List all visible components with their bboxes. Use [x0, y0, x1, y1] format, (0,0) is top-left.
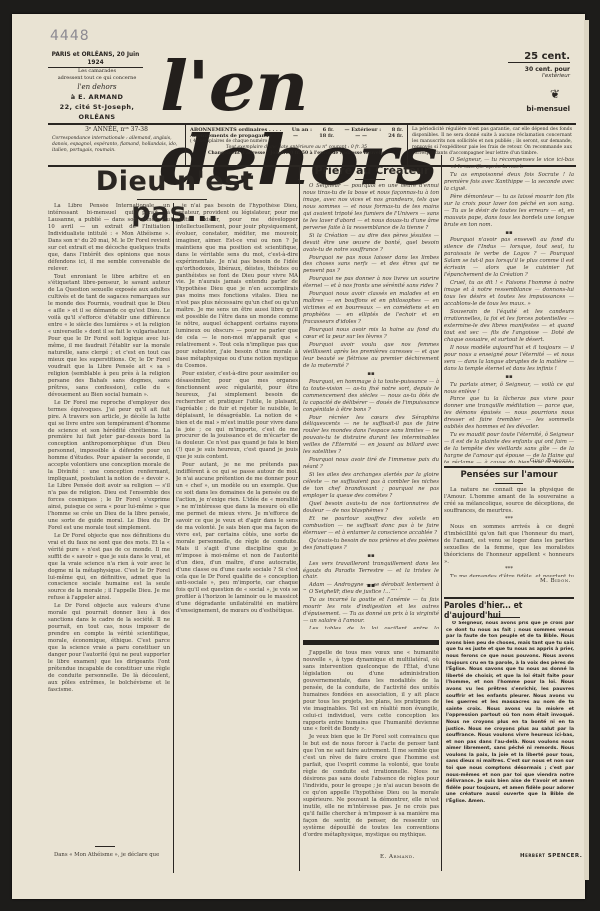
- paragraph: Ô Seigneur, — tu récompenses le vice ici…: [444, 157, 574, 171]
- separator-mark: ▪▪: [303, 371, 439, 378]
- column-divider: [441, 155, 442, 871]
- love-text: La nature ne connaît que la physique de …: [444, 487, 574, 577]
- paragraph: Cruel, tu as dit ! « Faisons l'homme à n…: [444, 280, 574, 308]
- subscription-ext-price: 24 fr.: [388, 133, 403, 139]
- humanity-article: J'appelle de tous mes vœux une « humanit…: [303, 650, 439, 855]
- love-headline: Pensées sur l'amour: [444, 470, 574, 480]
- paragraph: Père démonteur — tu as laissé mourir ton…: [444, 194, 574, 229]
- main-signature: E. Armand.: [380, 854, 415, 860]
- paragraph: Pourquoi nous avoir classés en malades e…: [303, 291, 439, 326]
- paragraph: Pour autant, je ne me prétends pas indif…: [176, 462, 298, 615]
- headline-rule: [137, 199, 207, 200]
- paragraph: Pour exister, c'est-à-dire pour assimile…: [176, 371, 298, 461]
- subscription-term: —: [293, 133, 298, 139]
- contact-line2: adressent tout ce qui concerne: [48, 75, 146, 82]
- paragraph: Pourquoi n'avoir pas enseveli au fond du…: [444, 237, 574, 279]
- paragraph: Dans « Mon Athéisme », je déclare que: [48, 852, 170, 859]
- words-headline: Paroles d'hier... et d'aujourd'hui: [444, 601, 574, 621]
- main-article-col1: La Libre Pensée Internationale, un intér…: [48, 203, 170, 863]
- address-change-note: Changement d'adresse : Joindre 0 fr. 50 …: [190, 151, 403, 157]
- price-box: 25 cent. 30 cent. pour l'extérieur ❦ bi-…: [508, 51, 570, 113]
- paragraph: Je veux bien que le Dr Forel soit convai…: [303, 734, 439, 838]
- prayer-headline: Prière au Créateur: [302, 164, 442, 177]
- paragraph: Quel besoin avais-tu de nos tortionnaire…: [303, 501, 439, 515]
- paragraph: Tu as empoisonné deux fois Socrate ! la …: [444, 172, 574, 193]
- separator-mark: ***: [444, 516, 574, 523]
- price-main: 25 cent.: [508, 51, 570, 63]
- paragraph: Si la Création — au dire des pères jésui…: [303, 233, 439, 254]
- separator-mark: ***: [444, 566, 574, 573]
- paragraph: Pourquoi nous avoir tiré de l'immense pa…: [303, 457, 439, 471]
- words-text: Ô Seigneur, nous avons pris que je crois…: [446, 621, 574, 853]
- price-ext: 30 cent. pour: [508, 66, 570, 73]
- paragraph: La Libre Pensée Internationale, un intér…: [48, 203, 170, 273]
- contact-address: 22, cité St-Joseph, ORLÉANS: [48, 102, 146, 122]
- frequency-label: bi-mensuel: [508, 105, 570, 113]
- paragraph: je n'ai pas besoin de l'hypothèse Dieu, …: [176, 203, 298, 370]
- contact-org: l'en dehors: [48, 82, 146, 92]
- section-divider-bar: [303, 640, 439, 645]
- paragraph: Et ne pourtour souffrez des soleils en c…: [303, 516, 439, 537]
- prayer-text-end: Ô Seigneur, dieu de justice !... Tu as i…: [303, 589, 439, 629]
- paragraph: J'appelle de tous mes vœux une « humanit…: [303, 650, 439, 733]
- contact-box: Les camarades adressent tout ce qui conc…: [48, 68, 146, 122]
- paragraph: Ô Seigneur, nous avons pris que je crois…: [446, 621, 574, 806]
- love-signature: M. Bidon.: [540, 578, 571, 584]
- paragraph: Le Dr Forel objecte que nos définitions …: [48, 533, 170, 603]
- paragraph: Qu'avais-tu besoin de nos prières et des…: [303, 538, 439, 552]
- paragraph: Pourquoi avoir voulu que nos femmes viei…: [303, 342, 439, 370]
- year-issue: 3ᵉ ANNÉE, nᵒˢ 37-38: [52, 127, 181, 133]
- paragraph: Nous en sommes arrivés à ce degré d'imbé…: [444, 524, 574, 566]
- section-rule: [444, 466, 574, 468]
- section-rule: [444, 597, 574, 599]
- paragraph: Pour récréer les cœurs des Séraphins dél…: [303, 415, 439, 457]
- correspondence-languages: Correspondance internationale : allemand…: [52, 136, 181, 154]
- main-article-col1-end: Dans « Mon Athéisme », je déclare que: [48, 852, 170, 860]
- paragraph: Si les ailes des archanges alertés par l…: [303, 472, 439, 500]
- paragraph: Tu as incarné la goutte et l'anémie — tu…: [303, 597, 439, 625]
- paragraph: Pourquoi nous avoir mis la haine au fond…: [303, 327, 439, 341]
- section-rule: [95, 846, 115, 847]
- main-article-col2: je n'ai pas besoin de l'hypothèse Dieu, …: [176, 203, 298, 868]
- prayer-continuation: Ô Seigneur, — tu récompenses le vice ici…: [444, 157, 574, 463]
- prayer-signature: Gino Barozzi: [530, 458, 571, 464]
- contact-name: à E. ARMAND: [48, 92, 146, 102]
- subscriptions-box: ABONNEMENTS ordinaires . . . . Un an : 6…: [186, 125, 408, 165]
- paragraph: La nature ne connaît que la physique de …: [444, 487, 574, 515]
- paragraph: Tout enroniant le libre arbitre et en s'…: [48, 274, 170, 399]
- separator-mark: ▪▪: [303, 553, 439, 560]
- separator-mark: ▪▪: [444, 230, 574, 237]
- paragraph: Le Dr Forel objecte aux valeurs d'une mo…: [48, 603, 170, 693]
- separator-mark: ▪▪: [444, 374, 574, 381]
- paragraph: Pourquoi ne pas nous laisser dans les li…: [303, 255, 439, 276]
- emblem-icon: ❦: [508, 87, 560, 101]
- year-issue-box: 3ᵉ ANNÉE, nᵒˢ 37-38 Correspondance inter…: [48, 125, 186, 165]
- subscription-ext-label: — —: [355, 133, 367, 139]
- paragraph: Parce que tu la lâcheras pas vivre pour …: [444, 396, 574, 431]
- paragraph: Tu me demandes d'être fidèle, et pourtan…: [444, 574, 574, 577]
- subscription-price: 18 fr.: [319, 133, 334, 139]
- headline-rule: [495, 483, 523, 484]
- paragraph: Pourquoi ne pas donner à nos livres un s…: [303, 276, 439, 290]
- dateline: PARIS et ORLÉANS, 20 Juin 1924: [48, 50, 143, 68]
- paragraph: Il nous modèle aujourd'hui et il toujour…: [444, 345, 574, 373]
- paragraph: Les vers travailleront tranquillement da…: [303, 561, 439, 582]
- paragraph: Tu parlais aimer, ô Seigneur, — voilà ce…: [444, 382, 574, 396]
- paragraph: Les tables de la loi oscillent entre la …: [303, 626, 439, 629]
- prayer-text: Ô Seigneur — pourquoi en une heure d'enn…: [303, 183, 439, 590]
- archive-number: 4448: [50, 28, 90, 44]
- words-signature: Herbert SPENCER.: [520, 853, 582, 859]
- price-ext-note: l'extérieur: [508, 73, 570, 79]
- paragraph: Ô Seigneur, dieu de justice !...: [303, 589, 439, 596]
- column-divider: [173, 203, 174, 873]
- headline-rule: [490, 617, 520, 618]
- paragraph: Souverain de l'équité et les candeurs ir…: [444, 309, 574, 344]
- headline-rule: [355, 179, 385, 180]
- paragraph: Pourquoi, en hommage à ta toute-puissanc…: [303, 379, 439, 414]
- column-divider: [299, 166, 300, 871]
- paragraph: Ô Seigneur — pourquoi en une heure d'enn…: [303, 183, 439, 232]
- separator-mark: ▪▪: [303, 582, 439, 589]
- paragraph: Le Dr Forel me reproche d'employer des t…: [48, 400, 170, 532]
- contact-line1: Les camarades: [48, 68, 146, 75]
